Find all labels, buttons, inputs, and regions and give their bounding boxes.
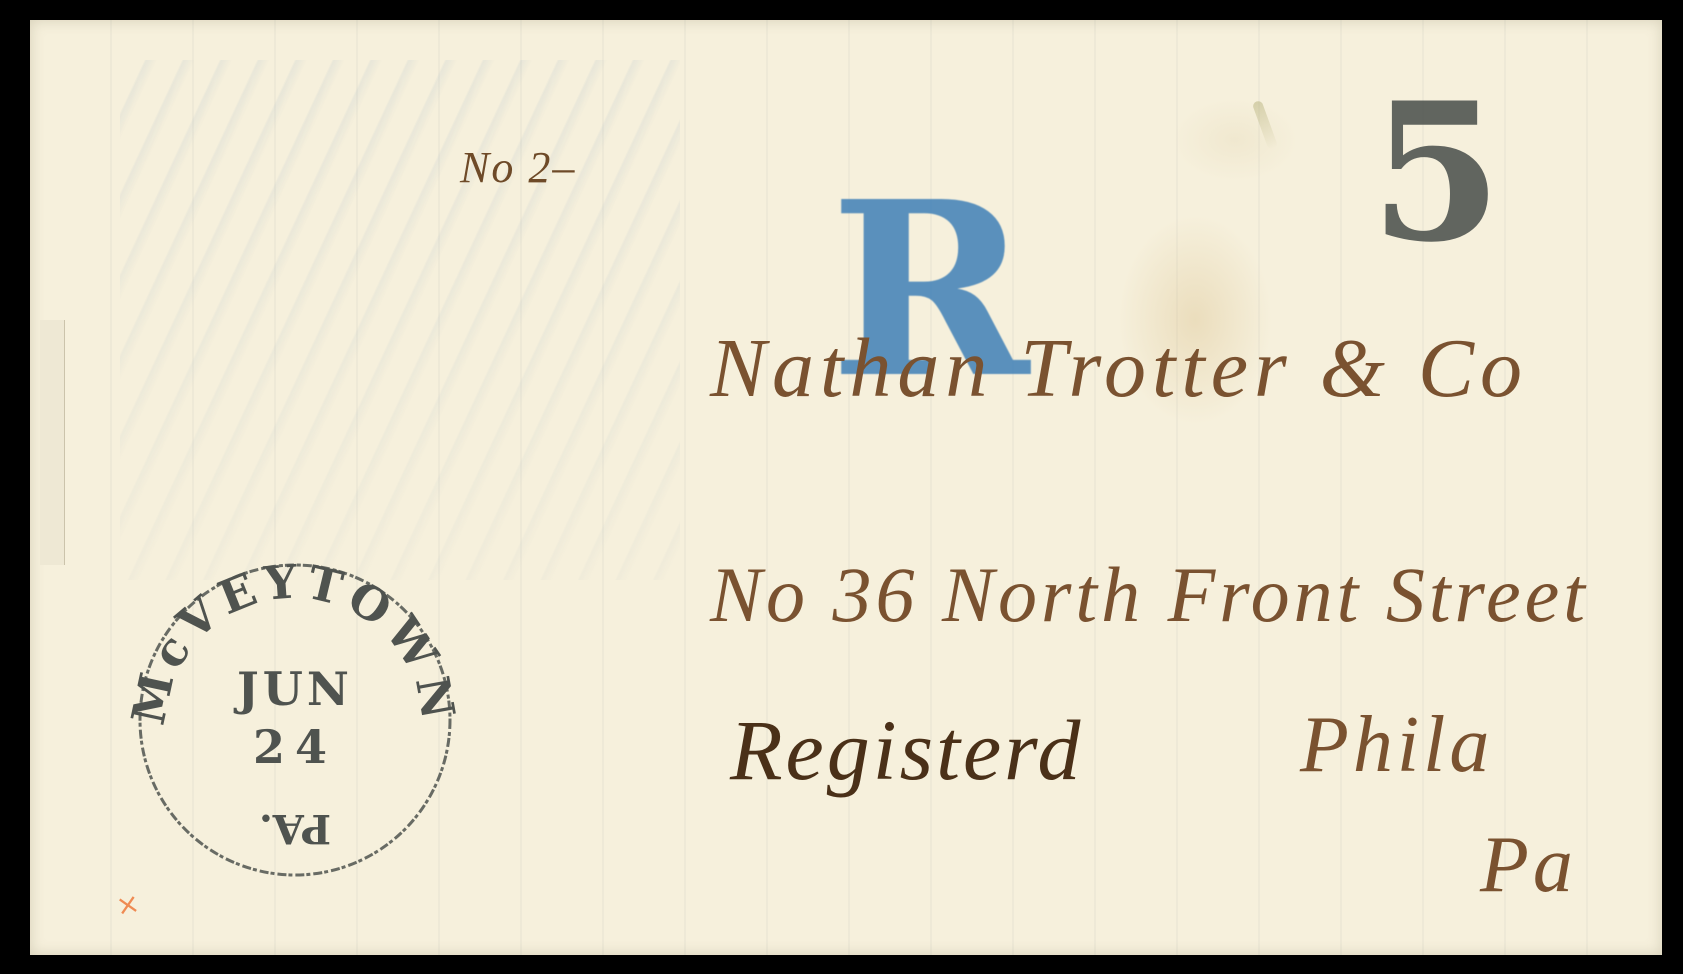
rate-handstamp: 5 [1370,78,1502,268]
docket-notation: No 2– [460,142,576,193]
bleed-through-letter-text [120,60,680,580]
postmark-day: 24 [253,720,337,774]
postmark-ring-icon: McVEYTOWN JUN 24 PA. [130,555,460,885]
registered-endorsement: Registerd [730,700,1083,800]
pencil-mark: × [113,886,142,923]
address-street: No 36 North Front Street [710,550,1589,640]
address-city: Phila [1300,700,1493,791]
postmark-month: JUN [233,662,353,716]
folded-flap-edge [40,320,65,565]
address-state: Pa [1480,820,1577,911]
addressee-name: Nathan Trotter & Co [710,320,1528,417]
postal-cover: No 2– 5 R Nathan Trotter & Co No 36 Nort… [30,20,1662,955]
paper-stain [1252,100,1278,150]
postmark-state: PA. [259,805,331,852]
circular-datestamp: McVEYTOWN JUN 24 PA. [130,555,460,885]
